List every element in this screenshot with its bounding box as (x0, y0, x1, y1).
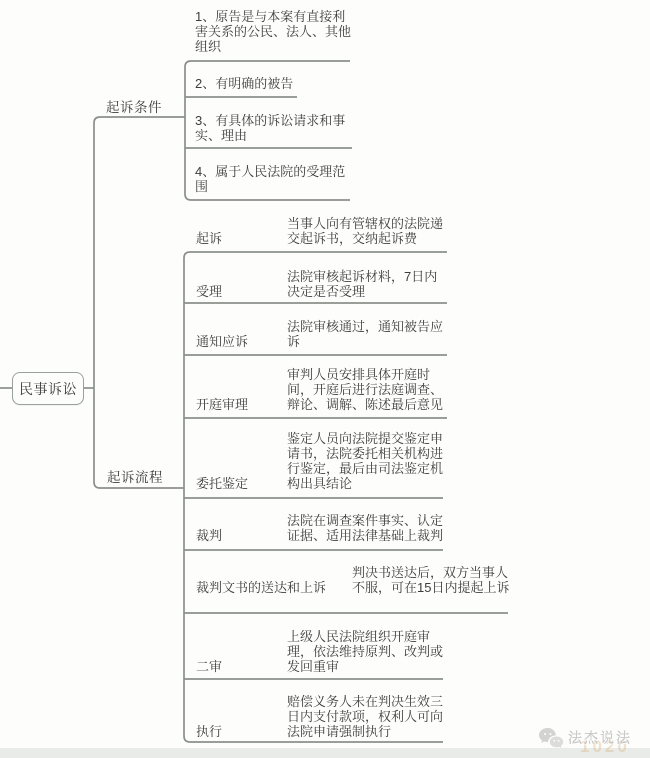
branch-label-filing-conditions[interactable]: 起诉条件 (106, 96, 162, 116)
process-step-desc: 法院审核起诉材料，7日内决定是否受理 (287, 269, 447, 299)
mindmap-canvas: 民事诉讼 起诉条件 起诉流程 1、原告是与本案有直接利害关系的公民、法人、其他组… (0, 0, 650, 758)
wechat-chat-bubbles-icon (538, 727, 564, 749)
process-node-enforcement[interactable]: 执行 赔偿义务人未在判决生效三日内支付款项，权利人可向法院申请强制执行 (196, 694, 447, 739)
root-node-civil-litigation[interactable]: 民事诉讼 (12, 372, 84, 405)
main-spine-with-branch-underlines (94, 117, 185, 488)
process-step-desc: 判决书送达后，双方当事人不服，可在15日内提起上诉 (352, 565, 510, 595)
root-node-label: 民事诉讼 (19, 379, 77, 399)
bottom-band (0, 748, 650, 758)
process-step-desc: 上级人民法院组织开庭审理，依法维持原判、改判或发回重审 (287, 629, 447, 674)
process-step-label: 二审 (196, 659, 287, 674)
process-node-court-hearing[interactable]: 开庭审理 审判人员安排具体开庭时间，开庭后进行法庭调查、辩论、调解、陈述最后意见 (196, 367, 447, 412)
process-node-service-and-appeal[interactable]: 裁判文书的送达和上诉 判决书送达后，双方当事人不服，可在15日内提起上诉 (196, 565, 510, 595)
process-node-notify-defendant[interactable]: 通知应诉 法院审核通过，通知被告应诉 (196, 319, 447, 349)
condition-node-4[interactable]: 4、属于人民法院的受理范围 (195, 164, 355, 194)
watermark: 法杰说法 (538, 727, 632, 749)
condition-node-3[interactable]: 3、有具体的诉讼请求和事实、理由 (195, 113, 355, 143)
condition-node-1[interactable]: 1、原告是与本案有直接利害关系的公民、法人、其他组织 (195, 9, 355, 54)
process-step-desc: 赔偿义务人未在判决生效三日内支付款项，权利人可向法院申请强制执行 (287, 694, 447, 739)
process-step-desc: 审判人员安排具体开庭时间，开庭后进行法庭调查、辩论、调解、陈述最后意见 (287, 367, 447, 412)
process-step-label: 通知应诉 (196, 334, 287, 349)
branch-label-filing-process[interactable]: 起诉流程 (107, 466, 163, 486)
process-step-desc: 法院审核通过，通知被告应诉 (287, 319, 447, 349)
process-node-judgment[interactable]: 裁判 法院在调查案件事实、认定证据、适用法律基础上裁判 (196, 513, 447, 543)
process-step-label: 裁判文书的送达和上诉 (196, 580, 352, 595)
process-step-label: 裁判 (196, 528, 287, 543)
process-step-label: 起诉 (196, 231, 287, 246)
process-step-label: 开庭审理 (196, 397, 287, 412)
process-node-appraisal[interactable]: 委托鉴定 鉴定人员向法院提交鉴定申请书，法院委托相关机构进行鉴定，最后由司法鉴定… (196, 431, 447, 491)
process-step-label: 执行 (196, 724, 287, 739)
process-node-file-suit[interactable]: 起诉 当事人向有管辖权的法院递交起诉书，交纳起诉费 (196, 216, 447, 246)
condition-node-2[interactable]: 2、有明确的被告 (195, 76, 355, 91)
process-step-desc: 当事人向有管辖权的法院递交起诉书，交纳起诉费 (287, 216, 447, 246)
process-node-second-instance[interactable]: 二审 上级人民法院组织开庭审理，依法维持原判、改判或发回重审 (196, 629, 447, 674)
process-step-label: 受理 (196, 284, 287, 299)
watermark-text: 法杰说法 (568, 728, 632, 748)
process-node-acceptance[interactable]: 受理 法院审核起诉材料，7日内决定是否受理 (196, 269, 447, 299)
process-step-label: 委托鉴定 (196, 476, 287, 491)
process-step-desc: 鉴定人员向法院提交鉴定申请书，法院委托相关机构进行鉴定，最后由司法鉴定机构出具结… (287, 431, 447, 491)
process-step-desc: 法院在调查案件事实、认定证据、适用法律基础上裁判 (287, 513, 447, 543)
